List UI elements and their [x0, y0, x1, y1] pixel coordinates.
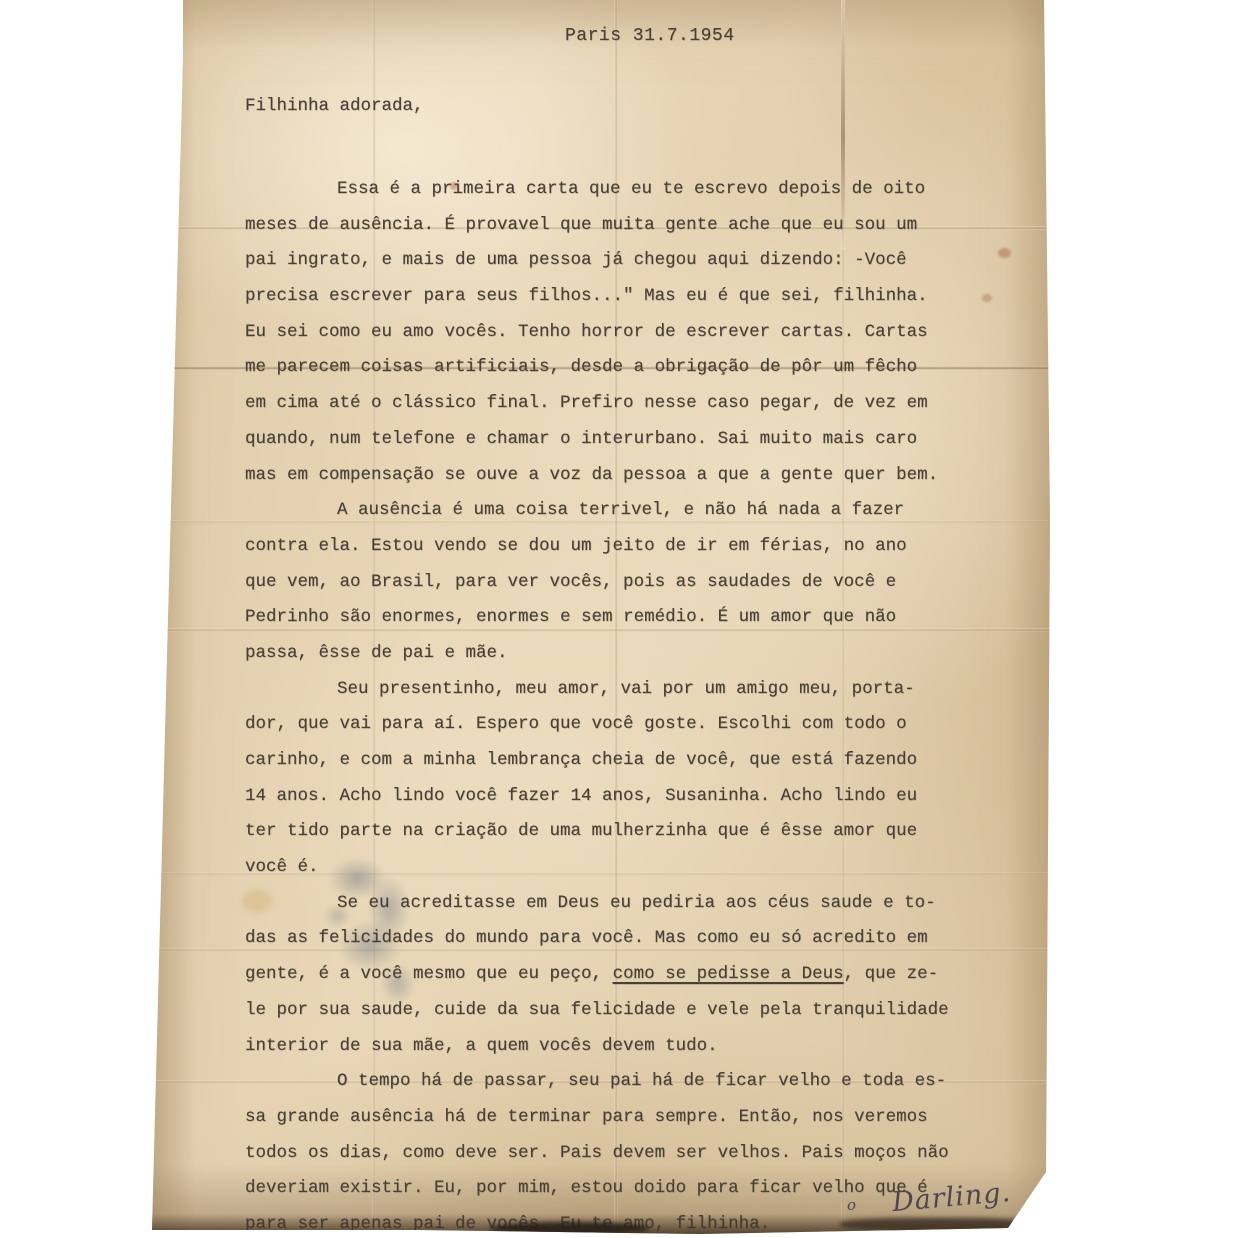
letter-line: que vem, ao Brasil, para ver vocês, pois…	[245, 565, 985, 601]
letter-line: Seu presentinho, meu amor, vai por um am…	[245, 672, 985, 708]
letter-line: Essa é a primeira carta que eu te escrev…	[245, 172, 985, 208]
letter-line: le por sua saude, cuide da sua felicidad…	[245, 993, 985, 1029]
letter-line: passa, êsse de pai e mãe.	[245, 636, 985, 672]
letter-line: Eu sei como eu amo vocês. Tenho horror d…	[245, 315, 985, 351]
paper-stain	[998, 248, 1011, 258]
letter-line: pai ingrato, e mais de uma pessoa já che…	[245, 243, 985, 279]
letter-line: sa grande ausência há de terminar para s…	[245, 1100, 985, 1136]
letter-line-text: , que ze-	[844, 964, 939, 984]
underlined-phrase: como se pedisse a Deus	[613, 964, 844, 984]
paper-bottom-smudge	[840, 1218, 1030, 1231]
letter-paper: Paris 31.7.1954 Filhinha adorada, Essa é…	[150, 0, 1052, 1238]
letter-line: quando, num telefone e chamar o interurb…	[245, 422, 985, 458]
letter-salutation: Filhinha adorada,	[245, 96, 424, 116]
letter-line: todos os dias, como deve ser. Pais devem…	[245, 1136, 985, 1172]
handwritten-mark: o	[847, 1196, 856, 1214]
letter-line: interior de sua mãe, a quem vocês devem …	[245, 1029, 985, 1065]
letter-line: 14 anos. Acho lindo você fazer 14 anos, …	[245, 779, 985, 815]
letter-line: meses de ausência. É provavel que muita …	[245, 208, 985, 244]
letter-line: precisa escrever para seus filhos..." Ma…	[245, 279, 985, 315]
letter-line: O tempo há de passar, seu pai há de fica…	[245, 1064, 985, 1100]
letter-line: A ausência é uma coisa terrivel, e não h…	[245, 493, 985, 529]
letter-line: Pedrinho são enormes, enormes e sem remé…	[245, 600, 985, 636]
paper-bottom-smudge	[490, 1222, 650, 1235]
letter-line-text: gente, é a você mesmo que eu peço,	[245, 964, 613, 984]
letter-line: dor, que vai para aí. Espero que você go…	[245, 707, 985, 743]
letter-line: gente, é a você mesmo que eu peço, como …	[245, 957, 985, 993]
letter-dateline: Paris 31.7.1954	[565, 26, 735, 46]
letter-line: você é.	[245, 850, 985, 886]
letter-line: em cima até o clássico final. Prefiro ne…	[245, 386, 985, 422]
letter-line: Se eu acreditasse em Deus eu pediria aos…	[245, 886, 985, 922]
letter-line: me parecem coisas artificiais, desde a o…	[245, 350, 985, 386]
letter-line: contra ela. Estou vendo se dou um jeito …	[245, 529, 985, 565]
letter-line: ter tido parte na criação de uma mulherz…	[245, 814, 985, 850]
letter-line: deveriam existir. Eu, por mim, estou doi…	[245, 1171, 985, 1207]
letter-line: mas em compensação se ouve a voz da pess…	[245, 458, 985, 494]
letter-body: Essa é a primeira carta que eu te escrev…	[245, 172, 985, 1238]
letter-line: das as felicidades do mundo para você. M…	[245, 921, 985, 957]
letter-line: carinho, e com a minha lembrança cheia d…	[245, 743, 985, 779]
